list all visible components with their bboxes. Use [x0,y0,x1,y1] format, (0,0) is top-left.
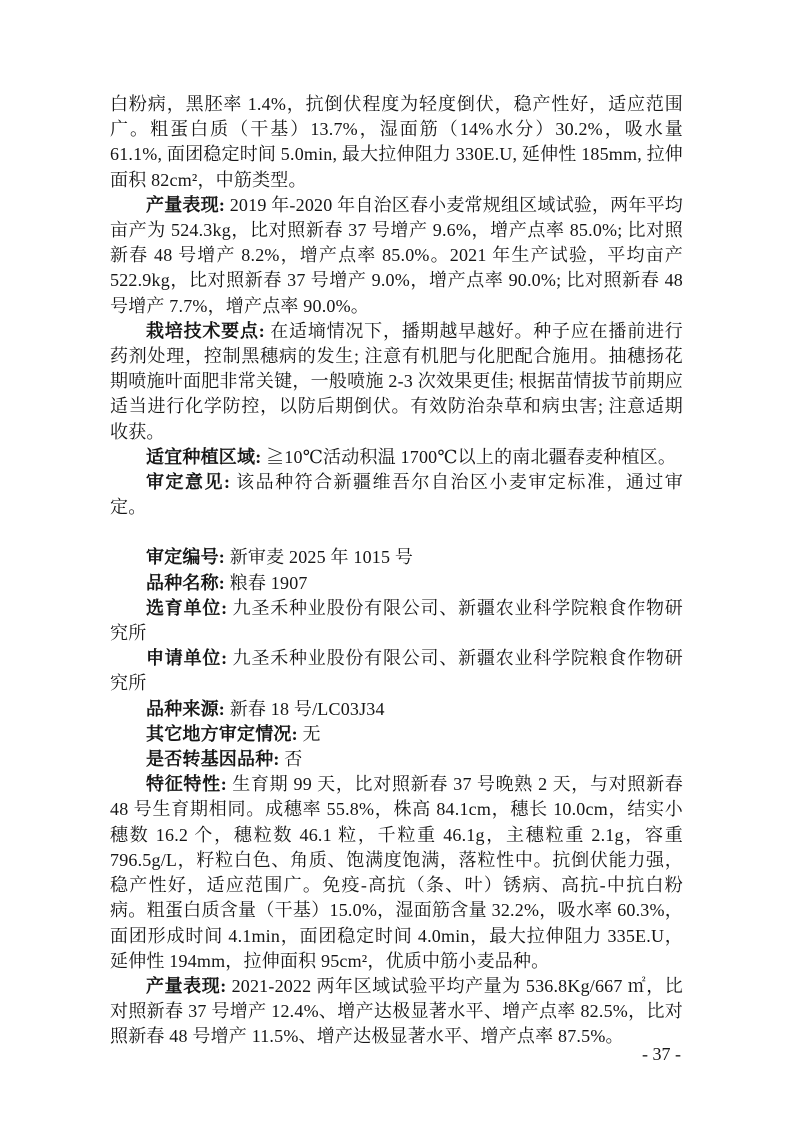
page-number: - 37 - [642,1044,681,1064]
paragraph-characteristics: 特征特性: 生育期 99 天，比对照新春 37 号晚熟 2 天，与对照新春 48… [110,772,683,974]
paragraph-other-region-approval: 其它地方审定情况: 无 [110,722,683,747]
paragraph-label: 品种名称: [146,573,225,593]
paragraph-approval-opinion: 审定意见: 该品种符合新疆维吾尔自治区小麦审定标准，通过审定。 [110,470,683,520]
paragraph-transgenic-status: 是否转基因品种: 否 [110,747,683,772]
paragraph-label: 是否转基因品种: [146,749,280,769]
paragraph-label: 其它地方审定情况: [146,724,298,744]
paragraph-label: 特征特性: [146,774,227,794]
paragraph-approval-number: 审定编号: 新审麦 2025 年 1015 号 [110,545,683,570]
paragraph-continuation-quality: 白粉病，黑胚率 1.4%，抗倒伏程度为轻度倒伏，稳产性好，适应范围广。粗蛋白质（… [110,92,683,193]
paragraph-variety-name: 品种名称: 粮春 1907 [110,571,683,596]
paragraph-yield-performance-2: 产量表现: 2021-2022 两年区域试验平均产量为 536.8Kg/667 … [110,974,683,1050]
paragraph-label: 产量表现: [146,195,225,215]
paragraph-text: 无 [298,724,321,744]
paragraph-applicant-unit: 申请单位: 九圣禾种业股份有限公司、新疆农业科学院粮食作物研究所 [110,646,683,696]
paragraph-label: 申请单位: [146,648,227,668]
paragraph-cultivation-techniques: 栽培技术要点: 在适墒情况下，播期越早越好。种子应在播前进行药剂处理，控制黑穗病… [110,319,683,445]
paragraph-text: 否 [280,749,303,769]
paragraph-yield-performance-1: 产量表现: 2019 年-2020 年自治区春小麦常规组区域试验，两年平均亩产为… [110,193,683,319]
paragraph-label: 栽培技术要点: [146,321,265,341]
paragraph-label: 产量表现: [146,976,227,996]
paragraph-label: 品种来源: [146,699,225,719]
paragraph-text: 粮春 1907 [225,573,308,593]
paragraph-label: 审定编号: [146,547,225,567]
document-body: 白粉病，黑胚率 1.4%，抗倒伏程度为轻度倒伏，稳产性好，适应范围广。粗蛋白质（… [110,92,683,1050]
paragraph-text: 新春 18 号/LC03J34 [225,699,385,719]
paragraph-label: 适宜种植区域: [146,447,261,467]
paragraph-label: 选育单位: [146,598,227,618]
document-page: { "page": { "background": "#ffffff", "te… [0,0,793,1122]
paragraph-suitable-planting-area: 适宜种植区域: ≧10℃活动积温 1700℃以上的南北疆春麦种植区。 [110,445,683,470]
paragraph-text: ≧10℃活动积温 1700℃以上的南北疆春麦种植区。 [261,447,676,467]
paragraph-variety-source: 品种来源: 新春 18 号/LC03J34 [110,697,683,722]
paragraph-text: 白粉病，黑胚率 1.4%，抗倒伏程度为轻度倒伏，稳产性好，适应范围广。粗蛋白质（… [110,94,683,190]
paragraph-label: 审定意见: [146,472,230,492]
paragraph-text: 生育期 99 天，比对照新春 37 号晚熟 2 天，与对照新春 48 号生育期相… [110,774,683,970]
paragraph-breeding-unit: 选育单位: 九圣禾种业股份有限公司、新疆农业科学院粮食作物研究所 [110,596,683,646]
paragraph-text: 新审麦 2025 年 1015 号 [225,547,413,567]
